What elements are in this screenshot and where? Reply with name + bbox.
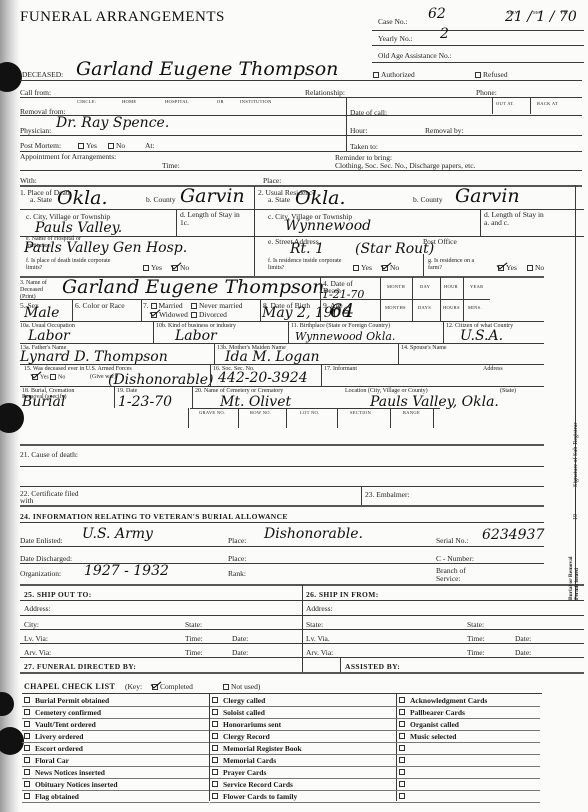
- checklist-item-label: Flower Cards to family: [223, 792, 297, 801]
- occupation-value[interactable]: Labor: [28, 328, 70, 344]
- home-option[interactable]: HOME: [122, 99, 136, 104]
- ship-in-address-label: Address:: [306, 604, 333, 613]
- serial-no-value[interactable]: 6234937: [482, 527, 544, 543]
- at-label: At:: [145, 141, 155, 150]
- name-value[interactable]: Garland Eugene Thompson: [62, 276, 324, 298]
- date-enlisted-value[interactable]: U.S. Army: [82, 526, 153, 542]
- yearly-no-label: Yearly No.:: [378, 34, 413, 43]
- branch-label: Branch of Service:: [436, 567, 486, 583]
- informant-address-label: Address: [483, 366, 503, 372]
- discharged-place-label: Place:: [228, 554, 246, 563]
- res-county-label: b. County: [413, 195, 443, 204]
- row-no-col: ROW NO.: [250, 410, 271, 415]
- checklist-checkbox[interactable]: [212, 709, 218, 715]
- completed-key-icon: [152, 684, 158, 690]
- checklist-item[interactable]: Clergy called: [212, 694, 265, 706]
- case-date-value[interactable]: 21 / 1 / 70: [505, 9, 577, 25]
- checklist-checkbox[interactable]: [212, 793, 218, 799]
- farm-no-checkbox[interactable]: [527, 265, 533, 271]
- checklist-checkbox[interactable]: [24, 793, 30, 799]
- burial-value[interactable]: Burial: [22, 394, 65, 410]
- checklist-checkbox[interactable]: [399, 769, 405, 775]
- res-city-value[interactable]: Wynnewood: [285, 218, 371, 234]
- death-county-value[interactable]: Garvin: [180, 185, 245, 207]
- checklist-item[interactable]: Vault/Tent ordered: [24, 718, 96, 730]
- post-mortem-no-checkbox[interactable]: [108, 143, 114, 149]
- reminder-items: Clothing, Soc. Sec. No., Discharge paper…: [335, 161, 475, 170]
- armed-no[interactable]: No: [50, 374, 65, 380]
- name-label: 3. Name of Deceased (Print): [20, 280, 60, 301]
- removal-by-label: Removal by:: [425, 126, 464, 135]
- death-county-label: b. County: [146, 195, 176, 204]
- checklist-item[interactable]: Organist called: [399, 718, 459, 730]
- hospital-option[interactable]: HOSPITAL: [165, 99, 189, 104]
- permit-issued-label: Burial or Removal Permit issued: [568, 550, 580, 600]
- street-value[interactable]: Rt. 1: [290, 241, 324, 257]
- ship-out-lv-time-label: Time:: [185, 634, 203, 643]
- checklist-checkbox[interactable]: [212, 733, 218, 739]
- circle-label: CIRCLE:: [77, 99, 96, 104]
- checklist-checkbox[interactable]: [24, 697, 30, 703]
- post-mortem-yes-checkbox[interactable]: [78, 143, 84, 149]
- checklist-checkbox[interactable]: [24, 709, 30, 715]
- checklist-checkbox[interactable]: [399, 709, 405, 715]
- ship-out-state-label: State:: [185, 620, 202, 629]
- key-not-used: Not used): [223, 682, 260, 691]
- checklist-item-label: Burial Permit obtained: [35, 696, 109, 705]
- deceased-label: DECEASED:: [22, 70, 63, 79]
- ship-out-city-label: City:: [24, 620, 39, 629]
- checklist-item-label: Floral Car: [35, 756, 69, 765]
- post-mortem-label: Post Mortem:: [20, 141, 61, 150]
- checklist-checkbox[interactable]: [399, 745, 405, 751]
- never-married-checkbox[interactable]: [191, 303, 197, 309]
- checklist-checkbox[interactable]: [212, 721, 218, 727]
- checklist-checkbox[interactable]: [399, 721, 405, 727]
- physician-value[interactable]: Dr. Ray Spence.: [56, 115, 169, 131]
- checklist-title: CHAPEL CHECK LIST: [24, 682, 115, 691]
- marital-widowed[interactable]: Widowed: [151, 310, 188, 319]
- ssn-value[interactable]: 442-20-3924: [218, 370, 308, 386]
- checklist-item-label: Honorariums sent: [223, 720, 281, 729]
- checklist-item-label: News Notices inserted: [35, 768, 105, 777]
- checklist-checkbox[interactable]: [24, 769, 30, 775]
- funeral-directed-heading: 27. FUNERAL DIRECTED BY:: [24, 662, 136, 671]
- key-completed: Completed: [152, 682, 193, 691]
- date-discharged-label: Date Discharged:: [20, 554, 72, 563]
- not-used-key-icon: [223, 684, 229, 690]
- veteran-heading: 24. INFORMATION RELATING TO VETERAN'S BU…: [20, 512, 288, 521]
- checklist-item[interactable]: Flower Cards to family: [212, 790, 297, 802]
- res-length-label: d. Length of Stay in a. and c.: [484, 211, 544, 227]
- spouse-label: 14. Spouse's Name: [401, 345, 447, 351]
- refused-checkbox[interactable]: [475, 72, 481, 78]
- grave-no-col: GRAVE NO.: [199, 410, 225, 415]
- checklist-item[interactable]: [399, 766, 410, 778]
- res-corporate-yes[interactable]: Yes: [353, 263, 372, 272]
- signature-sub-registrar-label: 19 ———— Signature of Sub-Registrar: [573, 423, 579, 520]
- ship-out-arv-time-label: Time:: [185, 648, 203, 657]
- institution-option[interactable]: INSTITUTION: [240, 99, 272, 104]
- dod-day-col: DAY: [420, 284, 430, 289]
- armed-yes-checkbox[interactable]: [32, 374, 38, 380]
- checklist-item-label: Cemetery confirmed: [35, 708, 101, 717]
- hospital-value[interactable]: Pauls Valley Gen Hosp.: [24, 240, 187, 256]
- place-label: Place:: [263, 176, 281, 185]
- res-county-value[interactable]: Garvin: [455, 185, 520, 207]
- age-mins-col: MINS.: [468, 305, 482, 310]
- death-length-label: d. Length of Stay in 1c.: [180, 211, 240, 227]
- binder-hole: [0, 403, 24, 433]
- armed-yes[interactable]: Yes: [32, 374, 49, 380]
- checklist-item[interactable]: Obituary Notices inserted: [24, 778, 118, 790]
- funeral-arrangements-form: FUNERAL ARRANGEMENTS DAY MO. YR. Case No…: [0, 0, 588, 812]
- ship-in-heading: 26. SHIP IN FROM:: [306, 590, 379, 599]
- checklist-checkbox[interactable]: [399, 781, 405, 787]
- checklist-checkbox[interactable]: [24, 721, 30, 727]
- checklist-item[interactable]: Service Record Cards: [212, 778, 293, 790]
- rank-label: Rank:: [228, 569, 246, 578]
- relationship-label: Relationship:: [305, 88, 345, 97]
- checklist-item[interactable]: Escort ordered: [24, 742, 83, 754]
- checklist-checkbox[interactable]: [399, 793, 405, 799]
- age-months-col: MONTHS: [385, 305, 406, 310]
- farm-label: g. Is residence on a farm?: [428, 258, 488, 272]
- checklist-item-label: Flag obtained: [35, 792, 79, 801]
- marital-divorced[interactable]: Divorced: [191, 310, 227, 319]
- checklist-item-label: Pallbearer Cards: [410, 708, 465, 717]
- ship-in-state-label: State:: [467, 620, 484, 629]
- res-corporate-no[interactable]: No: [382, 263, 399, 272]
- ship-out-heading: 25. SHIP OUT TO:: [24, 590, 92, 599]
- burial-date-value[interactable]: 1-23-70: [118, 394, 172, 410]
- checklist-item[interactable]: [399, 742, 410, 754]
- checklist-item[interactable]: Acknowledgment Cards: [399, 694, 487, 706]
- certificate-filed-label: 22. Certificate filed with: [20, 490, 80, 504]
- ship-in-arv-date-label: Date:: [515, 648, 531, 657]
- enlisted-place-value[interactable]: Dishonorable.: [264, 526, 363, 542]
- checklist-item[interactable]: Soloist called: [212, 706, 265, 718]
- appointment-time-label: Time:: [162, 161, 180, 170]
- or-label: OR: [217, 99, 224, 104]
- checklist-item[interactable]: Floral Car: [24, 754, 69, 766]
- checklist-item[interactable]: Music selected: [399, 730, 456, 742]
- informant-label: 17. Informant: [324, 366, 357, 372]
- divorced-checkbox[interactable]: [191, 312, 197, 318]
- checklist-item-label: Escort ordered: [35, 744, 83, 753]
- res-corporate-label: f. Is residence inside corporate limits?: [268, 258, 348, 272]
- death-corporate-no[interactable]: No: [172, 263, 189, 272]
- checklist-checkbox[interactable]: [24, 745, 30, 751]
- organization-label: Organization:: [20, 569, 61, 578]
- checklist-item[interactable]: [399, 778, 410, 790]
- yearly-no-value[interactable]: 2: [440, 26, 449, 42]
- refused-option[interactable]: Refused: [475, 70, 508, 79]
- serial-no-label: Serial No.:: [436, 536, 469, 545]
- ship-in-lv-time-label: Time:: [467, 634, 485, 643]
- citizen-value[interactable]: U.S.A.: [460, 328, 503, 344]
- dod-year-col: YEAR: [470, 284, 483, 289]
- section-col: SECTION: [350, 410, 371, 415]
- checklist-checkbox[interactable]: [24, 781, 30, 787]
- res-state-value[interactable]: Okla.: [295, 187, 346, 209]
- case-no-value[interactable]: 62: [428, 6, 446, 22]
- checklist-item-label: Vault/Tent ordered: [35, 720, 96, 729]
- farm-no[interactable]: No: [527, 263, 544, 272]
- farm-yes-checkbox[interactable]: [498, 265, 504, 271]
- checklist-item[interactable]: News Notices inserted: [24, 766, 105, 778]
- embalmer-label: 23. Embalmer:: [365, 490, 410, 499]
- death-corporate-yes[interactable]: Yes: [143, 263, 162, 272]
- ship-out-lv-date-label: Date:: [232, 634, 248, 643]
- checklist-checkbox[interactable]: [399, 697, 405, 703]
- ship-out-lv-via-label: Lv. Via:: [24, 634, 48, 643]
- checklist-checkbox[interactable]: [212, 781, 218, 787]
- out-at-label: OUT AT.: [496, 101, 514, 106]
- checklist-item[interactable]: Cemetery confirmed: [24, 706, 101, 718]
- appointment-label: Appointment for Arrangements:: [20, 152, 116, 161]
- checklist-checkbox[interactable]: [399, 757, 405, 763]
- death-state-value[interactable]: Okla.: [57, 187, 108, 209]
- checklist-item-label: Memorial Register Book: [223, 744, 302, 753]
- res-corporate-no-checkbox[interactable]: [382, 265, 388, 271]
- ship-in-arv-via-label: Arv. Via:: [306, 648, 333, 657]
- ship-out-arv-via-label: Arv. Via:: [24, 648, 51, 657]
- checklist-item[interactable]: [399, 790, 410, 802]
- checklist-item[interactable]: Honorariums sent: [212, 718, 281, 730]
- checklist-item[interactable]: Memorial Cards: [212, 754, 276, 766]
- authorized-checkbox[interactable]: [373, 72, 379, 78]
- age-days-col: DAYS: [418, 305, 431, 310]
- post-mortem-yes[interactable]: Yes: [78, 141, 97, 150]
- father-value[interactable]: Lynard D. Thompson: [20, 349, 168, 365]
- with-label: With:: [20, 176, 37, 185]
- death-corporate-yes-checkbox[interactable]: [143, 265, 149, 271]
- checklist-checkbox[interactable]: [212, 769, 218, 775]
- checklist-item-label: Clergy called: [223, 696, 265, 705]
- birthplace-value[interactable]: Wynnewood Okla.: [295, 330, 395, 343]
- death-corporate-label: f. Is place of death inside corporate li…: [26, 258, 116, 272]
- checklist-checkbox[interactable]: [399, 733, 405, 739]
- taken-to-label: Taken to:: [350, 142, 378, 151]
- phone-label: Phone:: [476, 88, 497, 97]
- cause-of-death-label: 21. Cause of death:: [20, 450, 78, 459]
- location-state-label: (State): [500, 388, 516, 394]
- sex-value[interactable]: Male: [24, 305, 59, 321]
- marital-married[interactable]: 7. Married: [143, 301, 183, 310]
- ship-in-state1-label: State:: [306, 620, 323, 629]
- dod-hour-col: HOUR: [444, 284, 458, 289]
- checklist-checkbox[interactable]: [24, 733, 30, 739]
- checklist-item-label: Acknowledgment Cards: [410, 696, 487, 705]
- death-corporate-no-checkbox[interactable]: [172, 265, 178, 271]
- deceased-name-value[interactable]: Garland Eugene Thompson: [76, 58, 338, 80]
- checklist-item-label: Prayer Cards: [223, 768, 266, 777]
- checklist-item[interactable]: [399, 754, 410, 766]
- checklist-checkbox[interactable]: [24, 757, 30, 763]
- ship-out-arv-date-label: Date:: [232, 648, 248, 657]
- res-corporate-yes-checkbox[interactable]: [353, 265, 359, 271]
- lot-no-col: LOT NO.: [300, 410, 320, 415]
- case-no-label: Case No.:: [378, 17, 408, 26]
- range-col: RANGE: [403, 410, 420, 415]
- c-number-label: C - Number:: [436, 554, 474, 563]
- business-value[interactable]: Labor: [175, 328, 217, 344]
- birthplace-label: 11. Birthplace (State or Foreign Country…: [291, 323, 390, 329]
- checklist-item-label: Music selected: [410, 732, 456, 741]
- back-at-label: BACK AT: [537, 101, 558, 106]
- checklist-item-label: Memorial Cards: [223, 756, 276, 765]
- checklist-item[interactable]: Prayer Cards: [212, 766, 266, 778]
- res-state-label: a. State: [268, 195, 290, 204]
- date-enlisted-label: Date Enlisted:: [20, 536, 63, 545]
- armed-no-checkbox[interactable]: [50, 374, 56, 380]
- checklist-item[interactable]: Memorial Register Book: [212, 742, 302, 754]
- widowed-checkbox[interactable]: [151, 312, 157, 318]
- binder-hole: [0, 727, 24, 755]
- post-mortem-no[interactable]: No: [108, 141, 125, 150]
- race-label: 6. Color or Race: [75, 301, 125, 310]
- checklist-checkbox[interactable]: [212, 697, 218, 703]
- death-city-value[interactable]: Pauls Valley.: [35, 220, 122, 236]
- page-title: FUNERAL ARRANGEMENTS: [20, 9, 225, 26]
- farm-yes[interactable]: Yes: [498, 263, 517, 272]
- checklist-item-label: Obituary Notices inserted: [35, 780, 118, 789]
- checklist-item[interactable]: Burial Permit obtained: [24, 694, 109, 706]
- checklist-item-label: Organist called: [410, 720, 459, 729]
- enlisted-place-label: Place:: [228, 536, 246, 545]
- checklist-key-label: (Key:: [125, 682, 142, 691]
- death-state-label: a. State: [30, 195, 52, 204]
- ship-out-address-label: Address:: [24, 604, 51, 613]
- checklist-item-label: Clergy Record: [223, 732, 270, 741]
- hour-label: Hour:: [350, 126, 368, 135]
- authorized-option[interactable]: Authorized: [373, 70, 415, 79]
- call-from-label: Call from:: [20, 88, 51, 97]
- checklist-item-label: Soloist called: [223, 708, 265, 717]
- checklist-item[interactable]: Clergy Record: [212, 730, 270, 742]
- age-hours-col: HOURS: [443, 305, 460, 310]
- checklist-checkbox[interactable]: [212, 745, 218, 751]
- organization-value[interactable]: 1927 - 1932: [84, 563, 169, 579]
- dod-month-col: MONTH: [387, 284, 405, 289]
- checklist-item[interactable]: Livery ordered: [24, 730, 83, 742]
- mother-value[interactable]: Ida M. Logan: [225, 349, 320, 365]
- ship-in-arv-time-label: Time:: [467, 648, 485, 657]
- old-age-label: Old Age Assistance No.:: [378, 51, 452, 60]
- checklist-item-label: Livery ordered: [35, 732, 83, 741]
- checklist-item[interactable]: Flag obtained: [24, 790, 79, 802]
- assisted-by-label: ASSISTED BY:: [345, 662, 400, 671]
- checklist-item[interactable]: Pallbearer Cards: [399, 706, 465, 718]
- marital-never[interactable]: Never married: [191, 301, 243, 310]
- ship-in-lv-date-label: Date:: [515, 634, 531, 643]
- ship-in-lv-via-label: Lv. Via.: [306, 634, 330, 643]
- checklist-checkbox[interactable]: [212, 757, 218, 763]
- age-value[interactable]: 64: [330, 300, 354, 322]
- physician-label: Physician:: [20, 126, 51, 135]
- checklist-item-label: Service Record Cards: [223, 780, 293, 789]
